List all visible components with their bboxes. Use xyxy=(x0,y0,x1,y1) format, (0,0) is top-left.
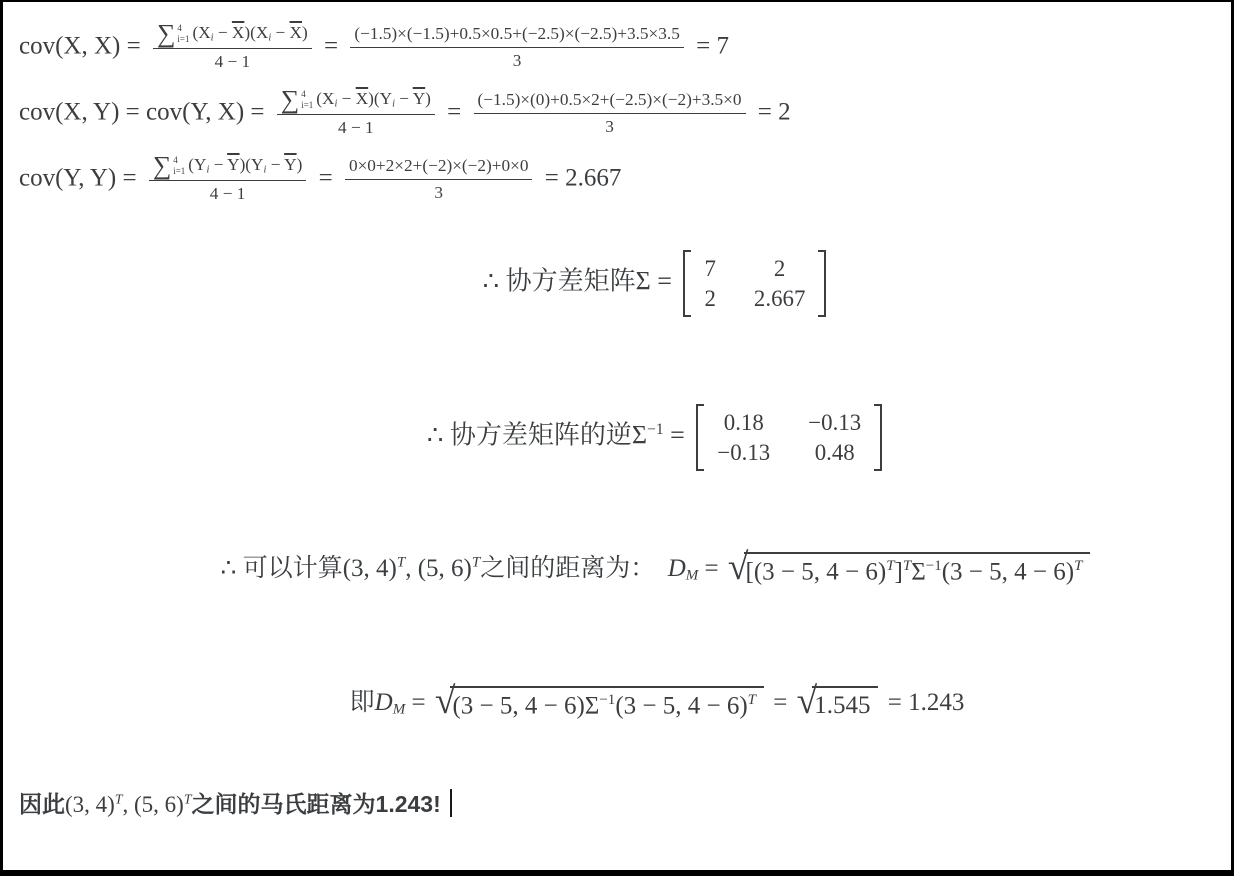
math-text: = 2.667 xyxy=(538,164,621,191)
mean-overbar-term: X xyxy=(290,23,302,42)
math-text: 4 − 1 xyxy=(338,118,374,137)
matrix-cell: 2.667 xyxy=(754,284,805,314)
math-text: − xyxy=(214,23,232,42)
fraction: ∑4i=1(Xi − X)(Yi − Y)4 − 1 xyxy=(277,88,435,139)
matrix-cell: 2 xyxy=(774,254,785,284)
math-text: (3, 4) xyxy=(343,555,397,582)
mean-overbar-term: X xyxy=(356,89,368,108)
formula-line-covariance-matrix[interactable]: ∴ 协方差矩阵Σ = 7222.667 xyxy=(3,250,1231,317)
matrix-cell: 7 xyxy=(704,254,715,284)
math-text: )(Y xyxy=(240,155,264,174)
math-text: = xyxy=(405,689,432,716)
square-root: √1.545 xyxy=(797,686,879,724)
formula-line-cov-xy[interactable]: cov(X, Y) = cov(Y, X) = ∑4i=1(Xi − X)(Yi… xyxy=(19,88,791,139)
math-text: ∴ xyxy=(483,267,506,296)
superscript-transpose: T xyxy=(748,692,756,708)
chinese-text: 即 xyxy=(350,688,375,716)
superscript: −1 xyxy=(926,558,942,574)
math-text: , (5, 6) xyxy=(405,555,472,582)
matrix-bracket-left xyxy=(696,404,704,471)
math-text: − xyxy=(266,155,284,174)
math-text: 0×0+2×2+(−2)×(−2)+0×0 xyxy=(349,156,529,175)
math-variable: D xyxy=(668,555,686,582)
math-text: ) xyxy=(425,89,431,108)
math-text: ) xyxy=(302,23,308,42)
superscript-transpose: T xyxy=(115,791,123,806)
math-text: (−1.5)×(−1.5)+0.5×0.5+(−2.5)×(−2.5)+3.5×… xyxy=(354,24,679,43)
matrix-cell: 0.18 xyxy=(724,408,764,438)
math-text: (−1.5)×(0)+0.5×2+(−2.5)×(−2)+3.5×0 xyxy=(478,90,742,109)
document-page[interactable]: cov(X, X) = ∑4i=1(Xi − X)(Xi − X)4 − 1 =… xyxy=(0,0,1234,876)
subscript: M xyxy=(393,701,406,717)
matrix-cell: −0.13 xyxy=(808,408,861,438)
formula-line-cov-xx[interactable]: cov(X, X) = ∑4i=1(Xi − X)(Xi − X)4 − 1 =… xyxy=(19,22,729,73)
mean-overbar-term: Y xyxy=(227,155,239,174)
formula-line-distance-definition[interactable]: ∴ 可以计算(3, 4)T, (5, 6)T之间的距离为： DM = √[(3 … xyxy=(3,548,1231,589)
math-text: (3 − 5, 4 − 6) xyxy=(942,558,1074,585)
fraction: ∑4i=1(Xi − X)(Xi − X)4 − 1 xyxy=(153,22,312,73)
math-text: 1.545 xyxy=(814,692,870,719)
mean-overbar-term: X xyxy=(232,23,244,42)
superscript: −1 xyxy=(647,421,664,438)
chinese-text-bold: 之间的马氏距离为1.243! xyxy=(192,791,441,817)
fraction: (−1.5)×(−1.5)+0.5×0.5+(−2.5)×(−2.5)+3.5×… xyxy=(350,23,683,73)
summation-limits: 4i=1 xyxy=(173,155,185,177)
numerator: ∑4i=1(Yi − Y)(Yi − Y) xyxy=(149,154,307,181)
math-text: (X xyxy=(316,89,334,108)
mean-overbar-term: Y xyxy=(284,155,296,174)
math-text: = 1.243 xyxy=(881,689,964,716)
conclusion-text[interactable]: 因此(3, 4)T, (5, 6)T之间的马氏距离为1.243! xyxy=(19,786,452,819)
chinese-text: 之间的距离为： xyxy=(480,554,655,582)
chinese-text: 协方差矩阵 xyxy=(506,266,636,296)
radicand: (3 − 5, 4 − 6)Σ−1(3 − 5, 4 − 6)T xyxy=(450,686,764,724)
numerator: (−1.5)×(0)+0.5×2+(−2.5)×(−2)+3.5×0 xyxy=(474,89,746,114)
math-text: ∴ xyxy=(221,555,243,582)
summation: ∑4i=1 xyxy=(153,154,185,177)
superscript-transpose: T xyxy=(903,558,911,574)
math-text: )(X xyxy=(244,23,268,42)
denominator: 3 xyxy=(434,180,443,204)
square-root: √(3 − 5, 4 − 6)Σ−1(3 − 5, 4 − 6)T xyxy=(435,686,764,724)
math-text: − xyxy=(395,89,413,108)
matrix: 0.18−0.13−0.130.48 xyxy=(696,404,882,471)
square-root: √[(3 − 5, 4 − 6)T]TΣ−1(3 − 5, 4 − 6)T xyxy=(728,552,1091,590)
superscript: −1 xyxy=(599,692,615,708)
fraction: 0×0+2×2+(−2)×(−2)+0×03 xyxy=(345,155,533,205)
matrix-cell: 2 xyxy=(704,284,715,314)
matrix-bracket-right xyxy=(874,404,882,471)
math-text: [(3 − 5, 4 − 6) xyxy=(746,558,887,585)
superscript-transpose: T xyxy=(184,791,192,806)
summation: ∑4i=1 xyxy=(281,88,313,111)
radical-icon: √ xyxy=(728,549,749,587)
formula-line-distance-evaluation[interactable]: 即DM = √(3 − 5, 4 − 6)Σ−1(3 − 5, 4 − 6)T … xyxy=(3,682,1231,723)
summation-upper-limit: 4 xyxy=(173,155,177,166)
summation-lower-limit: i=1 xyxy=(173,166,185,177)
math-text: 4 − 1 xyxy=(215,52,251,71)
superscript-transpose: T xyxy=(886,558,894,574)
math-text: − xyxy=(271,23,289,42)
summation-upper-limit: 4 xyxy=(301,89,305,100)
chinese-text-bold: 因此 xyxy=(19,791,65,817)
summation: ∑4i=1 xyxy=(157,22,189,45)
math-text: cov(X, X) = xyxy=(19,32,147,59)
sigma-icon: ∑ xyxy=(157,22,175,45)
math-text: = xyxy=(441,98,468,125)
numerator: 0×0+2×2+(−2)×(−2)+0×0 xyxy=(345,155,533,180)
sigma-icon: ∑ xyxy=(281,88,299,111)
summation-lower-limit: i=1 xyxy=(301,100,313,111)
superscript-transpose: T xyxy=(472,555,480,571)
summation-limits: 4i=1 xyxy=(301,89,313,111)
sigma-icon: ∑ xyxy=(153,154,171,177)
matrix-bracket-left xyxy=(683,250,691,317)
math-text: 3 xyxy=(605,117,614,136)
chinese-text: 可以计算 xyxy=(243,554,343,582)
mean-overbar-term: Y xyxy=(413,89,425,108)
denominator: 3 xyxy=(513,48,522,72)
denominator: 4 − 1 xyxy=(338,115,374,139)
denominator: 4 − 1 xyxy=(210,181,246,205)
math-text: Σ xyxy=(632,421,647,450)
matrix-grid: 0.18−0.13−0.130.48 xyxy=(704,404,874,471)
chinese-text: 协方差矩阵的逆 xyxy=(450,420,632,450)
math-text: = 7 xyxy=(690,32,729,59)
math-text: = xyxy=(698,555,725,582)
radicand: 1.545 xyxy=(812,686,878,724)
subscript: M xyxy=(686,567,699,583)
math-text: (X xyxy=(192,23,210,42)
math-text: 3 xyxy=(513,51,522,70)
math-text: )(Y xyxy=(368,89,392,108)
matrix-cell: −0.13 xyxy=(717,438,770,468)
math-text: ] xyxy=(895,558,903,585)
matrix: 7222.667 xyxy=(683,250,826,317)
math-text: = xyxy=(312,164,339,191)
numerator: ∑4i=1(Xi − X)(Yi − Y) xyxy=(277,88,435,115)
math-text xyxy=(655,555,668,582)
math-text: = xyxy=(767,689,794,716)
matrix-cell: 0.48 xyxy=(815,438,855,468)
math-text: = xyxy=(664,421,692,450)
superscript-transpose: T xyxy=(397,555,405,571)
fraction: (−1.5)×(0)+0.5×2+(−2.5)×(−2)+3.5×03 xyxy=(474,89,746,139)
denominator: 4 − 1 xyxy=(215,49,251,73)
radical-icon: √ xyxy=(435,683,456,721)
summation-limits: 4i=1 xyxy=(177,23,189,45)
formula-line-cov-yy[interactable]: cov(Y, Y) = ∑4i=1(Yi − Y)(Yi − Y)4 − 1 =… xyxy=(19,154,621,205)
math-text: (Y xyxy=(188,155,206,174)
fraction: ∑4i=1(Yi − Y)(Yi − Y)4 − 1 xyxy=(149,154,307,205)
formula-line-inverse-matrix[interactable]: ∴ 协方差矩阵的逆Σ−1 = 0.18−0.13−0.130.48 xyxy=(3,404,1231,471)
math-text: = xyxy=(318,32,345,59)
math-text: ∴ xyxy=(427,421,450,450)
math-text: Σ xyxy=(911,558,926,585)
radical-icon: √ xyxy=(797,683,818,721)
math-text: cov(Y, Y) = xyxy=(19,164,143,191)
summation-upper-limit: 4 xyxy=(177,23,181,34)
math-text: − xyxy=(209,155,227,174)
math-text: (3 − 5, 4 − 6) xyxy=(615,692,747,719)
math-text: cov(X, Y) = cov(Y, X) = xyxy=(19,98,271,125)
summation-lower-limit: i=1 xyxy=(177,34,189,45)
matrix-bracket-right xyxy=(818,250,826,317)
text-cursor xyxy=(450,789,452,817)
math-text: − xyxy=(337,89,355,108)
superscript-transpose: T xyxy=(1074,558,1082,574)
matrix-grid: 7222.667 xyxy=(691,250,818,317)
numerator: (−1.5)×(−1.5)+0.5×0.5+(−2.5)×(−2.5)+3.5×… xyxy=(350,23,683,48)
numerator: ∑4i=1(Xi − X)(Xi − X) xyxy=(153,22,312,49)
denominator: 3 xyxy=(605,114,614,138)
math-text: = 2 xyxy=(752,98,791,125)
math-text: (3 − 5, 4 − 6)Σ xyxy=(452,692,599,719)
math-text: Σ = xyxy=(636,267,679,296)
math-text: ) xyxy=(297,155,303,174)
math-text: 4 − 1 xyxy=(210,184,246,203)
radicand: [(3 − 5, 4 − 6)T]TΣ−1(3 − 5, 4 − 6)T xyxy=(744,552,1091,590)
math-text: 3 xyxy=(434,183,443,202)
math-variable: D xyxy=(375,689,393,716)
math-text: (3, 4) xyxy=(65,792,115,817)
math-text: , (5, 6) xyxy=(123,792,184,817)
